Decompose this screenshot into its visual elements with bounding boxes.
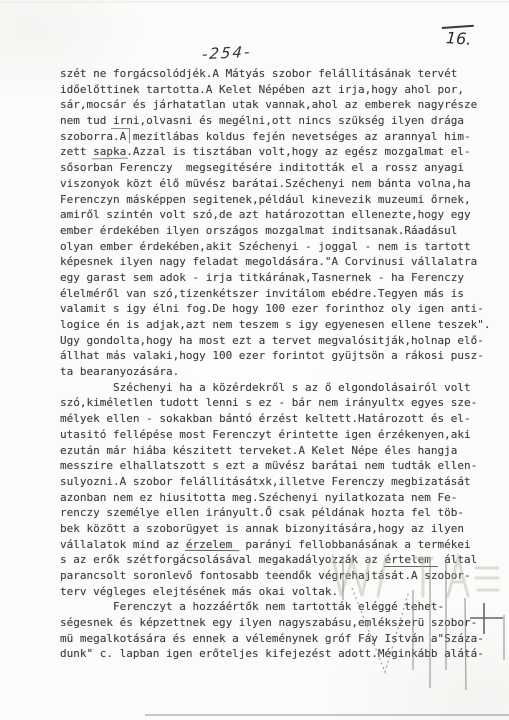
text-line: sulyozni.A szobor felállitásátxk,illetve… — [60, 474, 496, 490]
text-line: Ferenczyn másképpen segitenek,például ki… — [60, 192, 496, 208]
text-line: messzire elhallatszott s ezt a müvész ba… — [60, 458, 496, 474]
paragraph: szét ne forgácsolódjék.A Mátyás szobor f… — [60, 66, 496, 380]
typed-underline-ertelem — [384, 566, 438, 567]
text-line: sár,mocsár és járhatatlan utak vannak,ah… — [60, 97, 496, 113]
text-line: ségesnek és képzettnek egy ilyen nagysza… — [60, 615, 496, 631]
page-number: -254- — [201, 43, 252, 64]
text-line: Ugy gondolta,hogy ha most ezt a tervet m… — [60, 333, 496, 349]
text-line: képesnek ilyen nagy feladat megoldására.… — [60, 254, 496, 270]
corner-page-label: 16. — [445, 28, 472, 49]
text-line: Széchenyi ha a közérdekről s az ő elgond… — [60, 380, 496, 396]
text-line: nem tud irni,olvasni és megélni,ott ninc… — [60, 113, 496, 129]
text-line: bek között a szoborügyet is annak bizony… — [60, 521, 496, 537]
text-line: azonban nem ez hiusitotta meg.Széchenyi … — [60, 490, 496, 506]
text-line: viszonyok közt élő müvész barátai.Széche… — [60, 176, 496, 192]
text-line: időelőttinek tartotta.A Kelet Népében az… — [60, 82, 496, 98]
text-line: olyan ember érdekében,akit Széchenyi - j… — [60, 239, 496, 255]
paragraph: Ferenczyt a hozzáértők nem tartották elé… — [60, 599, 496, 662]
text-line: mélyek ellen - sokakban bántó érzést kel… — [60, 411, 496, 427]
text-line: állhat más valaki,hogy 100 ezer forintot… — [60, 348, 496, 364]
pencil-correction-box — [111, 128, 130, 143]
text-line: dunk" c. lapban igen erőteljes kifejezés… — [60, 646, 496, 662]
text-line: vállalatok mind az érzelem parányi fello… — [60, 537, 496, 553]
text-line: parancsolt soronlevő fontosabb teendők v… — [60, 568, 496, 584]
text-line: egy garast sem adok - irja titkárának,Ta… — [60, 270, 496, 286]
text-line: Ferenczyt a hozzáértők nem tartották elé… — [60, 599, 496, 615]
text-line: ember érdekében ilyen országos mozgalmat… — [60, 223, 496, 239]
text-line: mü megalkotására és ennek a véleménynek … — [60, 631, 496, 647]
corner-number: 16. — [445, 28, 472, 49]
text-line: renczy személye ellen irányult.Ő csak pé… — [60, 505, 496, 521]
text-line: szét ne forgácsolódjék.A Mátyás szobor f… — [60, 66, 496, 82]
text-line: sősorban Ferenczy megsegitésére inditott… — [60, 160, 496, 176]
text-line: szó,kiméletlen tudott lenni s ez - bár n… — [60, 395, 496, 411]
text-line: ezután már hiába készitett terveket.A Ke… — [60, 443, 496, 459]
text-line: élelméről van szó,tizenkétszer invitálom… — [60, 286, 496, 302]
text-line: ta bearanyozására. — [60, 364, 496, 380]
text-line: valamit s igy élni fog.De hogy 100 ezer … — [60, 301, 496, 317]
text-line: logice én is adjak,azt nem teszem s igy … — [60, 317, 496, 333]
text-line: amiről szintén volt szó,de azt határozot… — [60, 207, 496, 223]
scanned-document-page: -254- 16. szét ne forgácsolódjék.A Mátyá… — [0, 0, 509, 720]
text-line: utasitó fellépése most Ferenczyt érintet… — [60, 427, 496, 443]
text-line: terv végleges elejtésének más okai volta… — [60, 584, 496, 600]
text-block: szét ne forgácsolódjék.A Mátyás szobor f… — [60, 66, 496, 662]
